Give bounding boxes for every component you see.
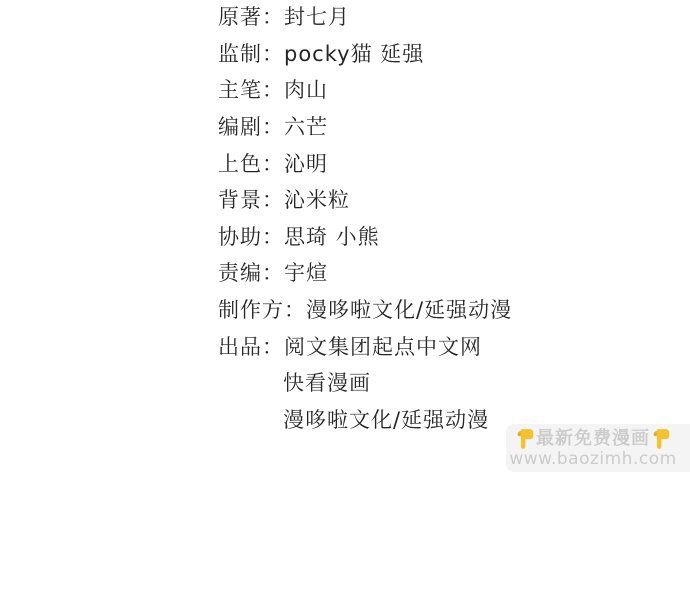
credit-line-editor: 责编：宇煊 xyxy=(218,254,512,291)
watermark-url: www.baozimh.com xyxy=(509,450,676,469)
credit-line-original-author: 原著：封七月 xyxy=(218,0,512,35)
watermark-title: 最新免费漫画 xyxy=(536,430,650,448)
site-watermark: 最新免费漫画 www.baozimh.com xyxy=(506,424,690,472)
comic-credits-page: { "page": { "background": "#ffffff" }, "… xyxy=(0,0,690,611)
credits-block: 原著：封七月 监制：pocky猫 延强 主笔：肉山 编剧：六芒 上色：沁明 背景… xyxy=(218,0,512,437)
credit-line-publisher-3: 漫哆啦文化/延强动漫 xyxy=(218,401,512,438)
credit-line-assistants: 协助：思琦 小熊 xyxy=(218,218,512,255)
credit-line-background: 背景：沁米粒 xyxy=(218,181,512,218)
credit-line-producer: 制作方：漫哆啦文化/延强动漫 xyxy=(218,291,512,328)
credit-line-supervisor: 监制：pocky猫 延强 xyxy=(218,35,512,72)
pointing-down-hand-icon xyxy=(516,428,534,450)
credit-line-lead-artist: 主笔：肉山 xyxy=(218,71,512,108)
credit-line-scriptwriter: 编剧：六芒 xyxy=(218,108,512,145)
credit-line-publisher-2: 快看漫画 xyxy=(218,364,512,401)
credit-line-colorist: 上色：沁明 xyxy=(218,144,512,181)
credit-line-publisher: 出品：阅文集团起点中文网 xyxy=(218,327,512,364)
watermark-title-row: 最新免费漫画 xyxy=(516,428,670,450)
pointing-down-hand-icon xyxy=(652,428,670,450)
